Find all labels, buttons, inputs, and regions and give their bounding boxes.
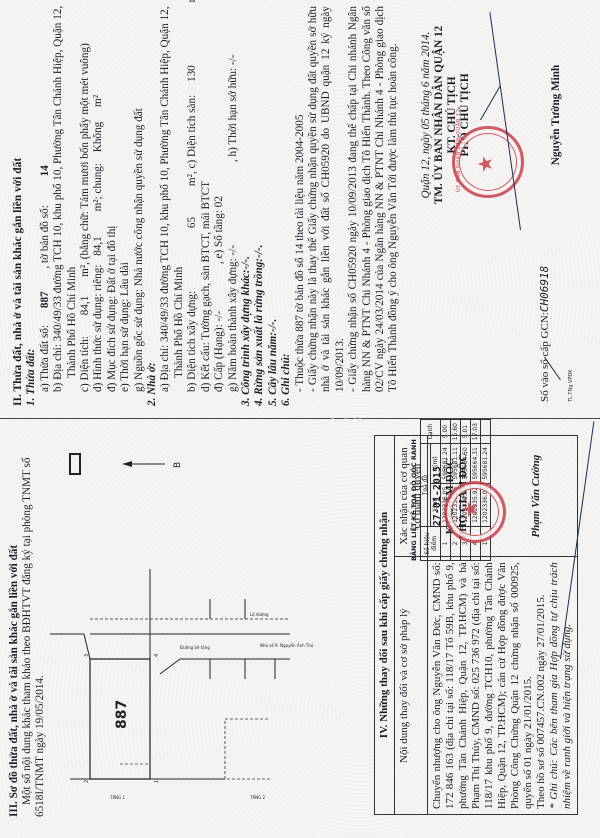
signer-name: Nguyễn Tường Minh (550, 10, 563, 220)
svg-text:TẦNG 2: TẦNG 2 (249, 795, 266, 800)
notes-list: - Thuộc thửa 887 tờ bản đồ số 14 theo tà… (294, 6, 401, 406)
dossier-ref: Theo hồ sơ số 007457.CN.002 ngày 27/01/2… (535, 562, 548, 809)
svg-text:B: B (173, 462, 183, 468)
registry-number: Số vào sổ cấp GCN:CH06918 (538, 266, 551, 402)
issuing-authority: TM. ỦY BAN NHÂN DÂN QUẬN 12 (433, 10, 446, 220)
parcel-diagram: B 887 1 2 3 4 (50, 429, 370, 819)
change-note: * Ghi chú: Các bên tham gia Hợp đồng tự … (548, 562, 574, 809)
col-authority-confirmation: Xác nhận của cơ quan có thẩm quyền (395, 436, 428, 557)
house-address-row: a) Địa chỉ: 340/49/33 đường TCH 10, khu … (159, 6, 172, 406)
svg-text:Đường bê tông: Đường bê tông (180, 645, 210, 650)
section-2-title: II. Thửa đất, nhà ở và tài sản khác gắn … (12, 6, 25, 406)
land-area-row: c) Diện tích: 84,1 m², (bằng chữ: Tám mư… (79, 6, 92, 406)
svg-text:Lộ đường: Lộ đường (250, 612, 269, 617)
purpose-row: đ) Mục đích sử dụng: Đất ở tại đô thị (106, 6, 119, 406)
term-row: e) Thời hạn sử dụng: Lâu dài (119, 6, 132, 406)
section-3-header: III. Sơ đồ thửa đất, nhà ở và tài sản kh… (8, 437, 46, 817)
parcel-map: B 887 1 2 3 4 (50, 429, 410, 819)
use-form-row: d) Hình thức sử dụng: riêng: 84,1 m²; ch… (92, 6, 105, 406)
note-item: - Giấy chứng nhận số CH05920 ngày 10/09/… (347, 6, 401, 392)
land-address: 340/49/33 đường TCH 10, khu phố 10, Phườ… (52, 6, 64, 342)
change-entry: Chuyển nhượng cho ông Nguyễn Văn Đức, CM… (428, 557, 578, 815)
origin-row: g) Nguồn gốc sử dụng: Nhà nước công nhận… (133, 6, 146, 406)
section-4-title: IV. Những thay đổi sau khi cấp giấy chứn… (375, 436, 395, 815)
grade-row: đ) Cấp (Hạng): -/- , e) Số tầng: 02 (213, 6, 226, 406)
office-seal-icon (444, 481, 506, 543)
certificate-page-2: III. Sơ đồ thửa đất, nhà ở và tài sản kh… (0, 419, 600, 838)
svg-text:1: 1 (154, 780, 160, 783)
authority-confirmation: 27-01-2015 KT.GIÁM ĐỐC PHÓ GIÁM ĐỐC Phạm… (428, 436, 578, 557)
map-sheet-number: 14 (39, 165, 51, 176)
section-2: II. Thửa đất, nhà ở và tài sản khác gắn … (12, 6, 401, 406)
svg-text:2: 2 (84, 780, 90, 783)
svg-text:Nhà số 9. Nguyễn Ánh Thủ: Nhà số 9. Nguyễn Ánh Thủ (260, 643, 314, 648)
certificate-page-1: II. Thửa đất, nhà ở và tài sản khác gắn … (0, 0, 600, 420)
section-3-title: III. Sơ đồ thửa đất, nhà ở và tài sản kh… (8, 545, 20, 817)
svg-text:3: 3 (84, 654, 90, 657)
other-construction: 3. Công trình xây dựng khác:-/-. (240, 6, 253, 406)
seal-text: ỦY BAN NHÂN DÂN QUẬN 12 (456, 109, 462, 192)
parcel-row: a) Thửa đất số: 887 , tờ bản đồ số: 14 (39, 6, 52, 406)
issue-date: Quận 12, ngày 05 tháng 6 năm 2014. (420, 10, 433, 220)
svg-text:TẦNG 1: TẦNG 1 (109, 795, 126, 800)
notes-heading: 6. Ghi chú: (280, 6, 293, 406)
house-heading: 2. Nhà ở: (146, 6, 159, 406)
confirm-date: 27-01-2015 (431, 441, 444, 551)
structure-row: d) Kết cấu: Tường gạch, sàn BTCT, mái BT… (200, 6, 213, 406)
svg-text:887: 887 (114, 700, 130, 729)
land-address-row: b) Địa chỉ: 340/49/33 đường TCH 10, khu … (52, 6, 65, 406)
production-forest: 4. Rừng sản xuất là rừng trồng:-/-. (253, 6, 266, 406)
confirm-signer: Phạm Văn Cường (530, 441, 543, 551)
perennial-trees: 5. Cây lâu năm:-/-. (267, 6, 280, 406)
col-change-content: Nội dung thay đổi và cơ sở pháp lý (395, 557, 428, 815)
north-arrow-icon: B (70, 454, 183, 474)
parcel-number: 887 (39, 291, 51, 308)
land-heading: 1. Thửa đất: (25, 6, 38, 406)
note-item: - Giấy chứng nhận này là thay thế Giấy c… (307, 6, 347, 392)
house-area-row: b) Diện tích xây dựng: 65 m², c) Diện tí… (186, 6, 199, 406)
completion-row: g) Năm hoàn thành xây dựng: -/- , h) Thờ… (227, 6, 240, 406)
section-4-changes-table: IV. Những thay đổi sau khi cấp giấy chứn… (374, 435, 578, 815)
change-text: Chuyển nhượng cho ông Nguyễn Văn Đức, CM… (431, 562, 535, 809)
note-item: - Thuộc thửa 887 tờ bản đồ số 14 theo tà… (294, 6, 307, 392)
svg-text:4: 4 (154, 654, 160, 657)
registry-initials: TL.TNg VPĐK (568, 369, 574, 402)
registry-value: CH06918 (538, 266, 551, 312)
land-area: 84,1 (79, 296, 91, 316)
